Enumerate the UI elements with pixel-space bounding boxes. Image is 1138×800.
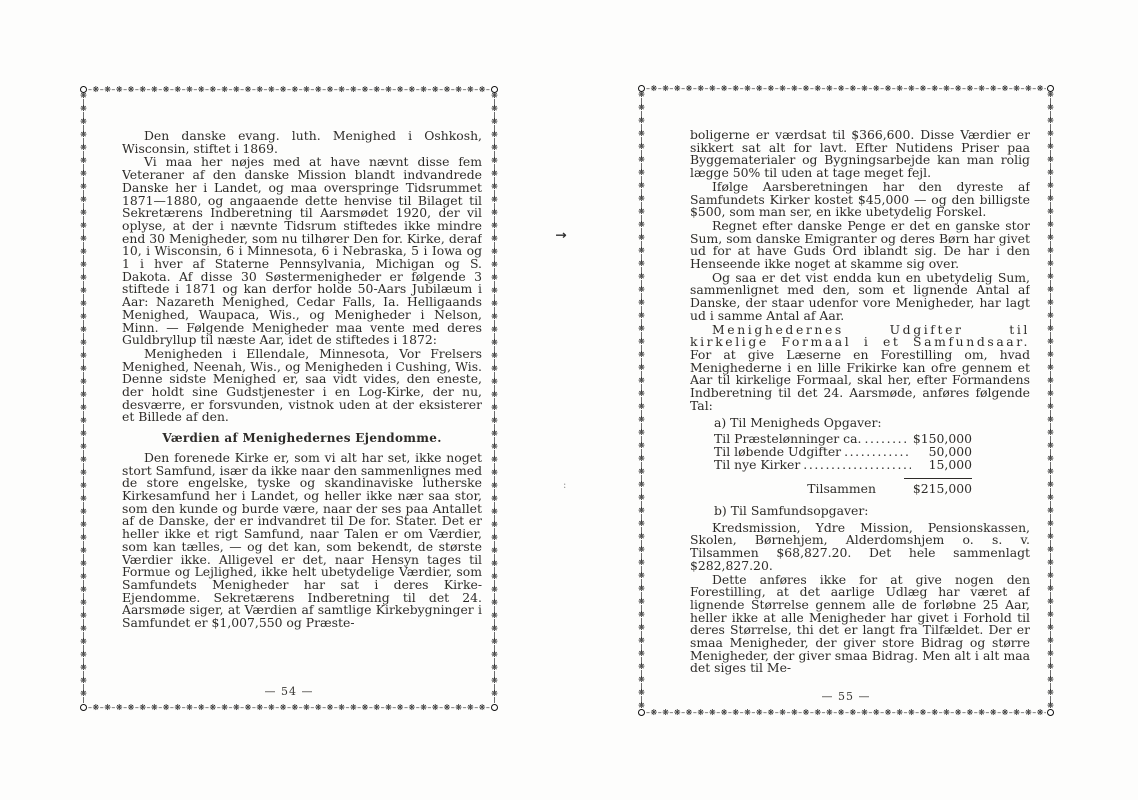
page-54-text: Den danske evang. luth. Menighed i Oshko…	[122, 130, 482, 686]
item-label: Til nye Kirker	[714, 459, 800, 472]
section-heading: Værdien af Menighedernes Ejendomme.	[122, 432, 482, 445]
border-chain-icon: –❋–❋–❋–❋–❋–❋–❋–❋–❋–❋–❋–❋–❋–❋–❋–❋–❋–❋–❋–❋…	[88, 703, 490, 712]
corner-ring-icon	[1047, 709, 1054, 716]
corner-ring-icon	[491, 704, 498, 711]
dot-leader: ........................................…	[864, 433, 909, 446]
border-chain-icon: ❋ | ❋ | ❋ | ❋ | ❋ | ❋ | ❋ | ❋ | ❋ | ❋ | …	[636, 92, 647, 708]
gutter-dots-mark: :	[563, 480, 566, 491]
book-page-54: –❋–❋–❋–❋–❋–❋–❋–❋–❋–❋–❋–❋–❋–❋–❋–❋–❋–❋–❋–❋…	[80, 84, 498, 712]
paragraph: Menigheden i Ellendale, Minnesota, Vor F…	[122, 348, 482, 424]
paragraph: Menighedernes Udgifter til kirkelige For…	[690, 324, 1030, 413]
corner-ring-icon	[1047, 85, 1054, 92]
corner-ring-icon	[491, 86, 498, 93]
item-amount: 15,000	[914, 459, 972, 472]
book-page-55: –❋–❋–❋–❋–❋–❋–❋–❋–❋–❋–❋–❋–❋–❋–❋–❋–❋–❋–❋–❋…	[638, 83, 1054, 717]
border-chain-icon: ❋ | ❋ | ❋ | ❋ | ❋ | ❋ | ❋ | ❋ | ❋ | ❋ | …	[78, 93, 89, 703]
paragraph: Dette anføres ikke for at give nogen den…	[690, 574, 1030, 676]
paragraph-lead-in: Menighedernes Udgifter til kirkelige For…	[690, 322, 1030, 350]
total-amount: $215,000	[904, 478, 972, 496]
dot-leader: ........................................…	[803, 459, 911, 472]
page-border-bottom: –❋–❋–❋–❋–❋–❋–❋–❋–❋–❋–❋–❋–❋–❋–❋–❋–❋–❋–❋–❋…	[80, 702, 498, 712]
corner-ring-icon	[80, 86, 87, 93]
paragraph: Kredsmission, Ydre Mission, Pensionskass…	[690, 522, 1030, 573]
list-header-a: a) Til Menigheds Opgaver:	[714, 417, 972, 430]
border-chain-icon: ❋ | ❋ | ❋ | ❋ | ❋ | ❋ | ❋ | ❋ | ❋ | ❋ | …	[489, 93, 500, 703]
paragraph: Den danske evang. luth. Menighed i Oshko…	[122, 130, 482, 155]
gutter-arrow-icon: →	[555, 228, 567, 242]
paragraph: Og saa er det vist endda kun en ubetydel…	[690, 272, 1030, 323]
paragraph: Ifølge Aarsberetningen har den dyreste a…	[690, 181, 1030, 219]
page-border-bottom: –❋–❋–❋–❋–❋–❋–❋–❋–❋–❋–❋–❋–❋–❋–❋–❋–❋–❋–❋–❋…	[638, 707, 1054, 717]
list-item: Til nye Kirker .........................…	[714, 459, 972, 472]
border-chain-icon: –❋–❋–❋–❋–❋–❋–❋–❋–❋–❋–❋–❋–❋–❋–❋–❋–❋–❋–❋–❋…	[646, 84, 1046, 93]
list-header-b: b) Til Samfundsopgaver:	[714, 505, 972, 518]
paragraph: Regnet efter danske Penge er det en gans…	[690, 220, 1030, 271]
corner-ring-icon	[638, 709, 645, 716]
border-chain-icon: ❋ | ❋ | ❋ | ❋ | ❋ | ❋ | ❋ | ❋ | ❋ | ❋ | …	[1045, 92, 1056, 708]
expense-list: a) Til Menigheds Opgaver: Til Præstelønn…	[714, 417, 1030, 517]
corner-ring-icon	[638, 85, 645, 92]
page-number: — 54 —	[80, 685, 498, 698]
corner-ring-icon	[80, 704, 87, 711]
paragraph: Vi maa her nøjes med at have nævnt disse…	[122, 156, 482, 347]
total-label: Tilsammen	[807, 483, 876, 496]
paragraph: boligerne er værdsat til $366,600. Disse…	[690, 129, 1030, 180]
list-total: Tilsammen $215,000	[714, 478, 972, 496]
dot-leader: ........................................…	[844, 446, 911, 459]
paragraph: Den forenede Kirke er, som vi alt har se…	[122, 452, 482, 630]
page-55-text: boligerne er værdsat til $366,600. Disse…	[690, 129, 1030, 689]
paragraph-text: For at give Læserne en Forestilling om, …	[690, 347, 1030, 413]
page-number: — 55 —	[638, 690, 1054, 703]
page-border-top: –❋–❋–❋–❋–❋–❋–❋–❋–❋–❋–❋–❋–❋–❋–❋–❋–❋–❋–❋–❋…	[80, 84, 498, 94]
border-chain-icon: –❋–❋–❋–❋–❋–❋–❋–❋–❋–❋–❋–❋–❋–❋–❋–❋–❋–❋–❋–❋…	[88, 85, 490, 94]
border-chain-icon: –❋–❋–❋–❋–❋–❋–❋–❋–❋–❋–❋–❋–❋–❋–❋–❋–❋–❋–❋–❋…	[646, 708, 1046, 717]
page-border-top: –❋–❋–❋–❋–❋–❋–❋–❋–❋–❋–❋–❋–❋–❋–❋–❋–❋–❋–❋–❋…	[638, 83, 1054, 93]
